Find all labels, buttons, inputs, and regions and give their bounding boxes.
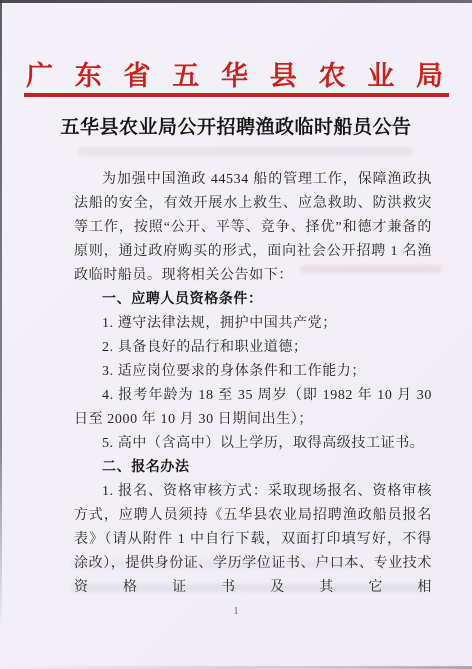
qualification-item-2: 2. 具备良好的品行和职业道德； bbox=[74, 336, 432, 360]
document-title: 五华县农业局公开招聘渔政临时船员公告 bbox=[30, 112, 442, 139]
qualification-item-4: 4. 报考年龄为 18 至 35 周岁（即 1982 年 10 月 30 日至 … bbox=[74, 384, 432, 432]
bleedthrough-artifact bbox=[78, 147, 412, 156]
scan-edge-top bbox=[0, 0, 472, 3]
registration-paragraph: 1. 报名、资格审核方式：采取现场报名、资格审核方式，应聘人员须持《五华县农业局… bbox=[74, 480, 432, 600]
intro-paragraph: 为加强中国渔政 44534 船的管理工作，保障渔政执法船的安全，有效开展水上救生… bbox=[74, 168, 432, 288]
agency-header-title: 广 东 省 五 华 县 农 业 局 bbox=[0, 54, 472, 93]
header-double-rule bbox=[24, 93, 449, 97]
document-body: 为加强中国渔政 44534 船的管理工作，保障渔政执法船的安全，有效开展水上救生… bbox=[74, 168, 432, 600]
qualification-item-5: 5. 高中（含高中）以上学历，取得高级技工证书。 bbox=[74, 432, 432, 456]
scanned-document-page: 广 东 省 五 华 县 农 业 局 五华县农业局公开招聘渔政临时船员公告 为加强… bbox=[0, 0, 472, 669]
qualification-item-1: 1. 遵守法律法规，拥护中国共产党； bbox=[74, 312, 432, 336]
scan-edge-left bbox=[0, 0, 2, 629]
section-heading-qualifications: 一、应聘人员资格条件： bbox=[74, 288, 432, 312]
page-number: 1 bbox=[0, 606, 472, 617]
qualification-item-3: 3. 适应岗位要求的身体条件和工作能力； bbox=[74, 360, 432, 384]
section-heading-registration: 二、报名办法 bbox=[74, 456, 432, 480]
